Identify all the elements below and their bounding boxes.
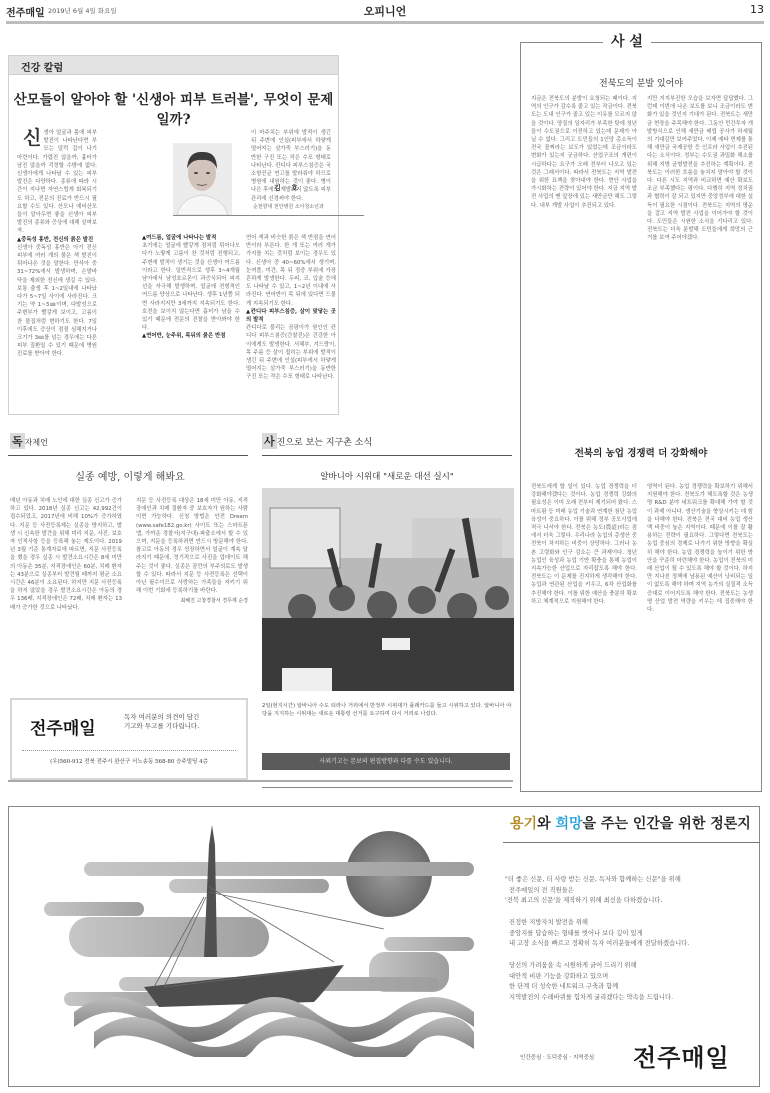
- campaign-paragraph-1: "더 좋은 신문, 더 사랑 받는 신문, 독자와 함께하는 신문"을 위해 전…: [505, 875, 767, 907]
- campaign-tagline: 인간중심 · 도덕중심 · 지역중심: [520, 1053, 594, 1061]
- header-rule: [6, 21, 764, 24]
- author-affiliation: 순천향대 천안병원 소아청소년과: [253, 203, 324, 210]
- author-photo: [173, 143, 232, 215]
- disclaimer-bar: 사외기고는 본보의 편집방향과 다를 수도 있습니다.: [262, 753, 510, 770]
- reader-section-label: 독자제언: [10, 433, 48, 449]
- campaign-title-rule: [503, 842, 760, 843]
- ad-logo: 전주매일: [30, 714, 96, 739]
- photo-caption: 2일(현지시간) 알바니아 수도 티라나 거리에서 반정부 시위대가 플래카드를…: [262, 702, 512, 718]
- campaign-paragraph-3: 당신의 가려움을 속 시원하게 긁어 드리기 위해 대안적 비판 기능을 강화하…: [505, 961, 767, 1003]
- photo-news-rule: [262, 455, 512, 456]
- campaign-title: 용기와 희망을 주는 인간을 위한 정론지: [510, 813, 751, 833]
- health-column-label: 건강 칼럼: [9, 56, 338, 75]
- ship-illustration-icon: [34, 817, 479, 1057]
- editorial-1-col-b: 지만 지지부진한 모습을 보자면 답답했다. 그런데 이번에 나온 보도를 보니…: [647, 95, 753, 243]
- health-col-4-top: 이 마주치는 부위에 발적이 생긴 뒤 주변에 인설(피부에서 하얗게 떨어지는…: [251, 129, 331, 203]
- ad-message: 독자 여러분의 의견이 담긴 기고와 투고를 기다립니다.: [124, 713, 199, 731]
- reader-col-1: 매년 아동과 치매 노인에 대한 실종 신고가 증가하고 있다. 2018년 실…: [10, 497, 122, 612]
- campaign-paragraph-2: 진정한 지방자치 발전을 위해 중앙지를 답습하는 형태를 벗어나 보다 깊이 …: [505, 918, 767, 950]
- photo-news-label: 사진으로 보는 지구촌 소식: [262, 433, 372, 449]
- editorial-2-col-b: 영역이 된다. 농업 경쟁력을 확보하기 위해서 지원해야 한다. 전북도가 해…: [647, 483, 753, 614]
- author-portrait-icon: [173, 143, 232, 215]
- page-number: 13: [750, 3, 764, 16]
- ad-dotted-divider: [22, 750, 236, 751]
- editorial-headline-1: 전북도의 분발 있어야: [521, 76, 761, 89]
- reader-section-rule: [8, 455, 248, 456]
- photo-news-title: 알바니아 시위대 "새로운 대선 실시": [262, 470, 512, 482]
- health-article-title: 산모들이 알아야 할 '신생아 피부 트러블', 무엇이 문제일까?: [9, 88, 338, 128]
- section-divider: [8, 780, 513, 782]
- reader-article-title: 실종 예방, 이렇게 해봐요: [10, 468, 250, 483]
- editorial-label: 사 설: [603, 31, 651, 51]
- protest-crowd-image-icon: [262, 488, 514, 691]
- protest-photo: [262, 488, 514, 691]
- health-col-2: ▲여드름, 얼굴에 나타나는 발적 초기에는 얼굴에 빨갛게 점처럼 튀어나오다…: [142, 234, 240, 341]
- drop-cap: 신: [23, 129, 41, 147]
- health-column: 건강 칼럼 산모들이 알아야 할 '신생아 피부 트러블', 무엇이 문제일까?…: [8, 55, 339, 415]
- editorial-box: 사 설 전북도의 분발 있어야 지금은 전북도의 분발이 요청되는 때이다. 지…: [520, 42, 762, 792]
- reader-col-2: 지문 등 사전등록 대상은 18세 미만 아동, 지적장애인과 치매 질환자 중…: [136, 497, 248, 606]
- section-title: 오피니언: [6, 3, 764, 19]
- editorial-2-col-a: 전북도에게 할 일이 있다. 농업 경쟁력을 더 강화해야겠다는 것이다. 농업…: [531, 483, 637, 606]
- author-divider: [173, 215, 364, 216]
- editorial-1-col-a: 지금은 전북도의 분발이 요청되는 때이다. 지역의 인구가 감수록 줄고 있는…: [531, 95, 637, 210]
- reader-byline: 최혜진 고창경찰서 경무계 순경: [136, 597, 248, 605]
- health-col-1: 신 생아 얼굴과 몸에 피부 발진이 나타난다면 부모는 덜컥 겁이 나기 마련…: [17, 129, 97, 359]
- reader-submission-ad: 전주매일 독자 여러분의 의견이 담긴 기고와 투고를 기다립니다. (우)56…: [10, 698, 248, 780]
- editorial-headline-2: 전북의 농업 경쟁력 더 강화해야: [521, 445, 761, 459]
- ad-address: (우)560-912 전북 전주시 완산구 서노송동 568-80 승주빌딩 4…: [12, 757, 246, 765]
- campaign-logo: 전주매일: [633, 1038, 730, 1073]
- health-col-3: 연어 색과 비슷한 붉은 색 반점을 연어반이라 부른다. 한 개 또는 여러 …: [246, 234, 336, 382]
- section-divider-thin: [262, 787, 512, 788]
